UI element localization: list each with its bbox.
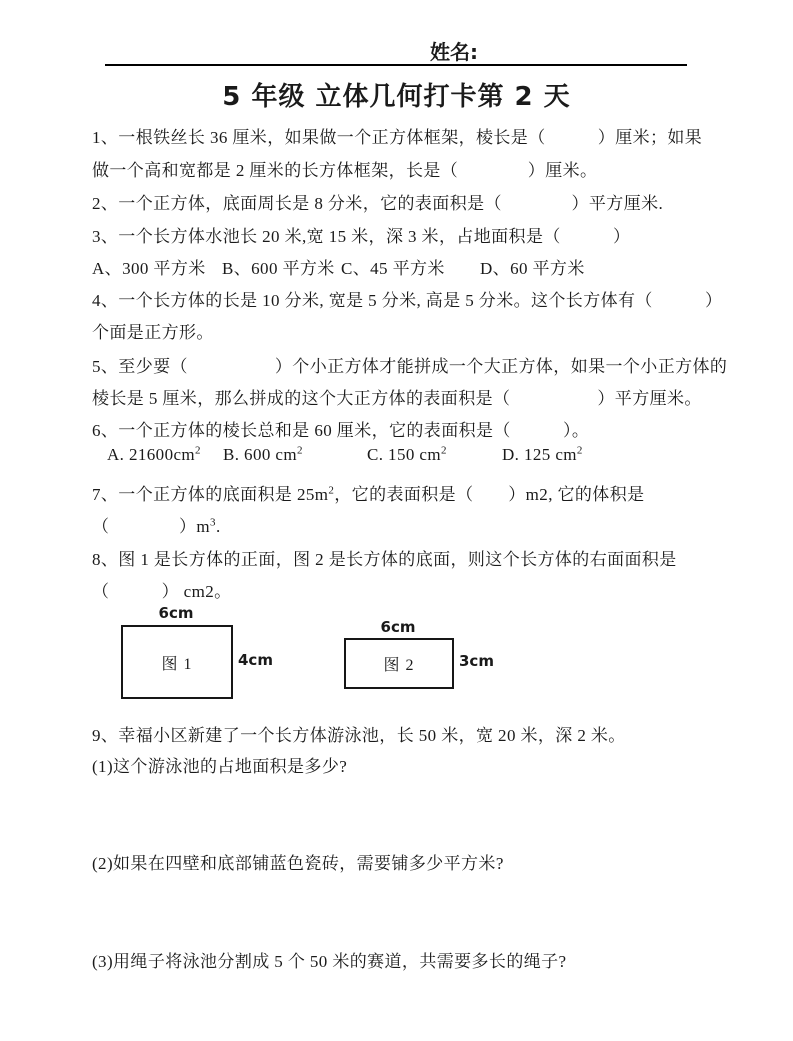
option-a: A、300 平方米 [92,254,206,279]
option-b: B. 600 cm2 [223,445,303,465]
name-label: 姓名: [430,36,478,65]
option-c: C、45 平方米 [341,254,445,279]
problem-9-sub-3: (3)用绳子将泳池分割成 5 个 50 米的赛道，共需要多长的绳子? [92,947,566,972]
problem-5-line-2: 棱长是 5 厘米，那么拼成的这个大正方体的表面积是（ ）平方厘米。 [92,384,702,409]
problem-6: 6、一个正方体的棱长总和是 60 厘米，它的表面积是（ ）。 [92,416,589,441]
figure-2-rectangle: 图 2 [344,638,454,689]
figure-2-caption: 图 2 [383,652,414,675]
problem-1-line-2: 做一个高和宽都是 2 厘米的长方体框架，长是（ ）厘米。 [92,156,597,181]
name-underline [105,64,687,66]
worksheet-page: 姓名: 5 年级 立体几何打卡第 2 天 1、一根铁丝长 36 厘米，如果做一个… [0,0,793,1041]
problem-8-line-2: （ ） cm2。 [92,577,232,602]
option-c: C. 150 cm2 [367,445,447,465]
problem-7-line-2: （ ）m3. [92,512,221,537]
option-d: D、60 平方米 [480,254,585,279]
problem-1-line-1: 1、一根铁丝长 36 厘米，如果做一个正方体框架，棱长是（ ）厘米；如果 [92,123,702,148]
page-title: 5 年级 立体几何打卡第 2 天 [0,76,793,113]
problem-9: 9、幸福小区新建了一个长方体游泳池，长 50 米，宽 20 米，深 2 米。 [92,721,626,746]
problem-2: 2、一个正方体，底面周长是 8 分米，它的表面积是（ ）平方厘米. [92,189,663,214]
option-d: D. 125 cm2 [502,445,583,465]
problem-4-line-2: 个面是正方形。 [92,318,214,343]
problem-8-line-1: 8、图 1 是长方体的正面，图 2 是长方体的底面，则这个长方体的右面面积是 [92,545,677,570]
figure-2-side-dimension: 3cm [459,652,494,670]
problem-7-line-1: 7、一个正方体的底面积是 25m2，它的表面积是（ ）m2, 它的体积是 [92,480,645,505]
problem-5-line-1: 5、至少要（ ）个小正方体才能拼成一个大正方体，如果一个小正方体的 [92,352,727,377]
problem-9-sub-1: (1)这个游泳池的占地面积是多少? [92,752,347,777]
figure-1-caption: 图 1 [161,651,192,674]
option-b: B、600 平方米 [222,254,335,279]
figure-2-top-dimension: 6cm [344,618,452,636]
problem-3: 3、一个长方体水池长 20 米,宽 15 米，深 3 米，占地面积是（ ） [92,222,630,247]
problem-9-sub-2: (2)如果在四壁和底部铺蓝色瓷砖，需要铺多少平方米? [92,849,504,874]
problem-4-line-1: 4、一个长方体的长是 10 分米, 宽是 5 分米, 高是 5 分米。这个长方体… [92,286,722,311]
figure-1-rectangle: 图 1 [121,625,233,699]
figure-1-side-dimension: 4cm [238,651,273,669]
figure-1-top-dimension: 6cm [121,604,231,622]
option-a: A. 21600cm2 [107,445,201,465]
